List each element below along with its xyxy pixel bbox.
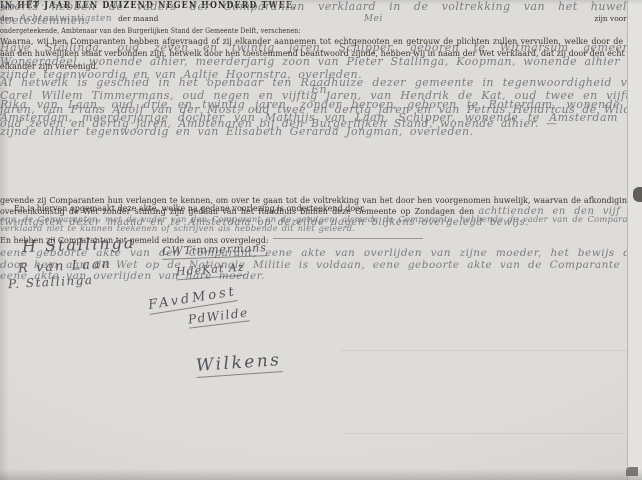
consent-paragraph: Voorts hebben de vaders der Comparanten … [0,0,642,27]
signature-witness-1: CWTimmermans [162,242,267,261]
vows-paragraph: Waarna, wij hen Comparanten hebben afgev… [0,36,642,73]
signature-witness-4: PdWilde [187,306,249,329]
right-page: Voorts hebben de vaders der Comparanten … [0,0,642,385]
closing-handwritten: ons, de Comparanten, met de vader van de… [0,215,642,232]
closing-line: En is hiervan opgemaakt deze akte, welke… [0,204,642,213]
scan-artifact-line [344,433,624,434]
signature-registrar: Wilkens [195,350,282,378]
scanned-marriage-record: No. 73. IN HET JAAR EEN DUIZEND NEGEN HO… [0,0,642,480]
signature-block: H Stallinga CWTimmermans R van Laan HdeK… [0,235,642,385]
scan-artifact-notch [633,187,642,202]
scan-artifact-corner [626,467,638,476]
signature-groom: H Stallinga [22,233,136,256]
witnesses-paragraph: Al hetwelk is geschied in het openbaar t… [0,76,642,130]
signature-witness-2: HdeKat Az [176,261,245,281]
signature-groom-father: P. Stallinga [8,273,94,291]
scan-artifact-line [340,350,628,351]
next-page-edge [627,0,642,480]
